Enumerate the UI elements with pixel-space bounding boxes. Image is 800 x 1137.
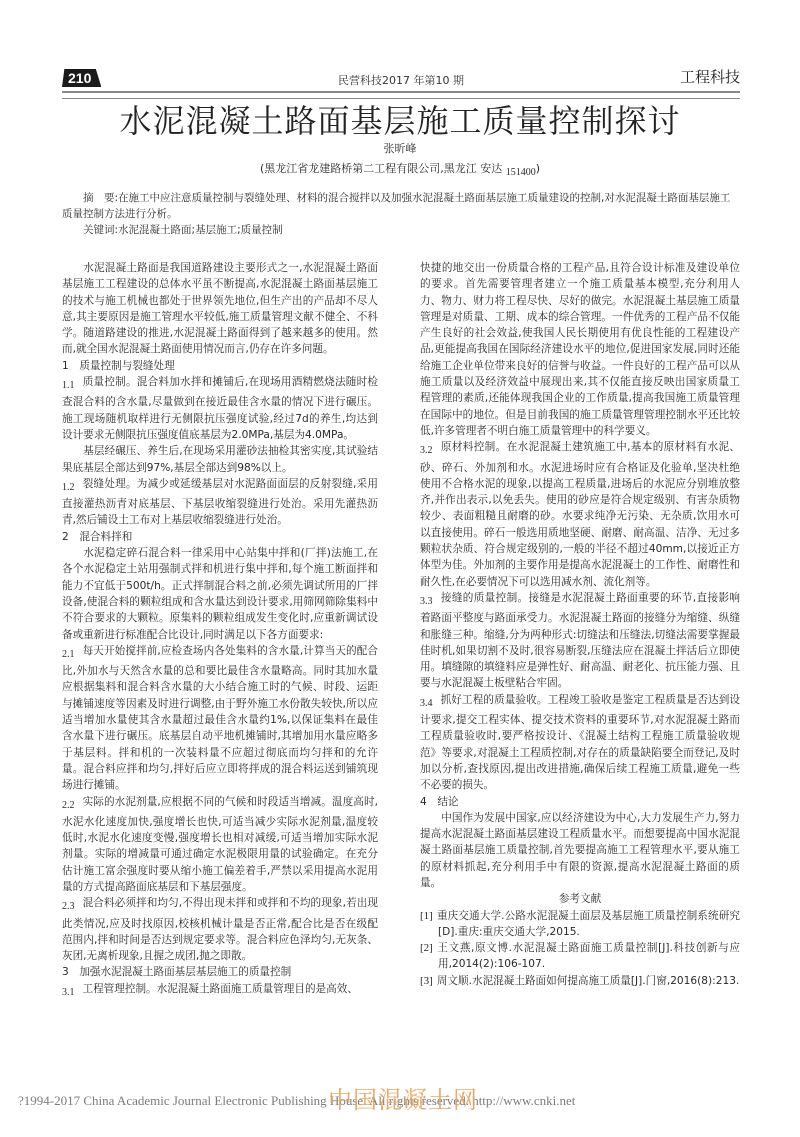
reference-number: [1] [420, 910, 433, 922]
abstract-text: 在施工中应注意质量控制与裂缝处理、材料的混合搅拌以及加强水泥混凝土路面基层施工质… [62, 192, 730, 220]
affiliation: (黑龙江省龙建路桥第二工程有限公司,黑龙江 安达 151400) [0, 160, 800, 178]
subsection-number: 1.2 [62, 482, 75, 493]
paragraph: 基层经碾压、养生后,在现场采用灌砂法抽检其密实度,其试验结果底基层全部达到97%… [62, 443, 378, 476]
subsection-2-3: 2.3混合料必须拌和均匀,不得出现未拌和或拌和不均的现象,若出现此类情况,应及时… [62, 895, 378, 964]
subsection-1-1: 1.1质量控制。混合料加水拌和摊铺后,在现场用酒精燃烧法随时检查混合料的含水量,… [62, 374, 378, 443]
subsection-text: 裂缝处理。为减少或延缓基层对水泥路面面层的反射裂缝,采用直接灌热沥青对底基层、下… [62, 478, 378, 527]
reference-item: [1]重庆交通大学.公路水泥混凝土面层及基层施工质量控制系统研究[D].重庆:重… [420, 908, 740, 941]
copyright-footer: ?1994-2017 China Academic Journal Electr… [18, 1093, 575, 1109]
subsection-2-1: 2.1每天开始搅拌前,应检查场内各处集料的含水量,计算当天的配合比,外加水与天然… [62, 643, 378, 794]
paragraph: 快捷的地交出一份质量合格的工程产品,且符合设计标准及建设单位的要求。首先需要管理… [420, 260, 740, 439]
paragraph: 水泥稳定碎石混合料一律采用中心站集中拌和(厂拌)法施工,在各个水泥稳定土站用强制… [62, 545, 378, 643]
reference-item: [2]王文燕,原文博.水泥混凝土路面施工质量控制[J].科技创新与应用,2014… [420, 940, 740, 973]
keywords-label: 关键词: [83, 224, 118, 236]
subsection-text: 每天开始搅拌前,应检查场内各处集料的含水量,计算当天的配合比,外加水与天然含水量… [62, 645, 378, 791]
subsection-1-2: 1.2裂缝处理。为减少或延缓基层对水泥路面面层的反射裂缝,采用直接灌热沥青对底基… [62, 476, 378, 529]
section-heading-4: 4 结论 [420, 794, 740, 810]
reference-item: [3]周文顺.水泥混凝土路面如何提高施工质量[J].门窗,2016(8):213… [420, 973, 740, 989]
reference-number: [2] [420, 942, 433, 954]
abstract-block: 摘 要:在施工中应注意质量控制与裂缝处理、材料的混合搅拌以及加强水泥混凝土路面基… [62, 190, 740, 238]
section-heading-3: 3 加强水泥混凝土路面基层基层施工的质量控制 [62, 964, 378, 980]
subsection-2-2: 2.2实际的水泥剂量,应根据不同的气候和时段适当增减。温度高时,水泥水化速度加快… [62, 794, 378, 896]
subsection-text: 实际的水泥剂量,应根据不同的气候和时段适当增减。温度高时,水泥水化速度加快,强度… [62, 796, 378, 893]
subsection-number: 3.4 [420, 698, 433, 709]
subsection-text: 原材料控制。在水泥混凝土建筑施工中,基本的原材料有水泥、砂、碎石、外加剂和水。水… [420, 441, 740, 587]
affiliation-text: (黑龙江省龙建路桥第二工程有限公司,黑龙江 安达 [260, 162, 506, 175]
conclusion-paragraph: 中国作为发展中国家,应以经济建设为中心,大力发展生产力,努力提高水泥混凝土路面基… [420, 810, 740, 891]
reference-text: 周文顺.水泥混凝土路面如何提高施工质量[J].门窗,2016(8):213. [437, 975, 740, 987]
reference-text: 重庆交通大学.公路水泥混凝土面层及基层施工质量控制系统研究[D].重庆:重庆交通… [437, 910, 740, 938]
article-title: 水泥混凝土路面基层施工质量控制探讨 [0, 96, 800, 142]
keywords: 关键词:水泥混凝土路面;基层施工;质量控制 [62, 222, 740, 238]
right-column: 快捷的地交出一份质量合格的工程产品,且符合设计标准及建设单位的要求。首先需要管理… [420, 260, 740, 989]
author: 张昕峰 [0, 140, 800, 156]
subsection-number: 3.1 [62, 987, 75, 998]
subsection-number: 1.1 [62, 380, 75, 391]
subsection-number: 3.2 [420, 445, 433, 456]
affiliation-close: ) [536, 162, 540, 175]
postcode: 151400 [506, 167, 536, 178]
watermark: 中国混凝土网 [328, 1080, 478, 1115]
reference-number: [3] [420, 975, 433, 987]
references-title: 参考文献 [420, 891, 740, 907]
abstract: 摘 要:在施工中应注意质量控制与裂缝处理、材料的混合搅拌以及加强水泥混凝土路面基… [62, 190, 740, 222]
page-header: 210 民营科技2017 年第10 期 工程科技 [62, 66, 740, 92]
subsection-3-1: 3.1工程管理控制。水泥混凝土路面施工质量管理目的是高效、 [62, 981, 378, 1001]
subsection-number: 2.1 [62, 649, 75, 660]
section-heading-1: 1 质量控制与裂缝处理 [62, 358, 378, 374]
abstract-label: 摘 要: [83, 192, 118, 204]
journal-issue: 民营科技2017 年第10 期 [62, 72, 740, 88]
intro-paragraph: 水泥混凝土路面是我国道路建设主要形式之一,水泥混凝土路面基层施工工程建设的总体水… [62, 260, 378, 358]
subsection-number: 2.2 [62, 800, 75, 811]
reference-text: 王文燕,原文博.水泥混凝土路面施工质量控制[J].科技创新与应用,2014(2)… [437, 942, 740, 970]
subsection-text: 工程管理控制。水泥混凝土路面施工质量管理目的是高效、 [83, 983, 358, 995]
subsection-text: 质量控制。混合料加水拌和摊铺后,在现场用酒精燃烧法随时检查混合料的含水量,尽量做… [62, 376, 378, 441]
keywords-text: 水泥混凝土路面;基层施工;质量控制 [118, 224, 283, 236]
subsection-text: 混合料必须拌和均匀,不得出现未拌和或拌和不均的现象,若出现此类情况,应及时找原因… [62, 897, 378, 962]
subsection-3-4: 3.4抓好工程的质量验收。工程竣工验收是鉴定工程质量是否达到设计要求,提交工程实… [420, 692, 740, 794]
subsection-3-3: 3.3接缝的质量控制。接缝是水泥混凝土路面重要的环节,直接影响着路面平整度与路面… [420, 590, 740, 692]
subsection-number: 2.3 [62, 901, 75, 912]
subsection-text: 抓好工程的质量验收。工程竣工验收是鉴定工程质量是否达到设计要求,提交工程实体、提… [420, 694, 740, 791]
left-column: 水泥混凝土路面是我国道路建设主要形式之一,水泥混凝土路面基层施工工程建设的总体水… [62, 260, 378, 1001]
subsection-number: 3.3 [420, 596, 433, 607]
subsection-text: 接缝的质量控制。接缝是水泥混凝土路面重要的环节,直接影响着路面平整度与路面承受力… [420, 592, 740, 689]
section-heading-2: 2 混合料拌和 [62, 529, 378, 545]
subsection-3-2: 3.2原材料控制。在水泥混凝土建筑施工中,基本的原材料有水泥、砂、碎石、外加剂和… [420, 439, 740, 590]
section-label: 工程科技 [680, 66, 740, 87]
